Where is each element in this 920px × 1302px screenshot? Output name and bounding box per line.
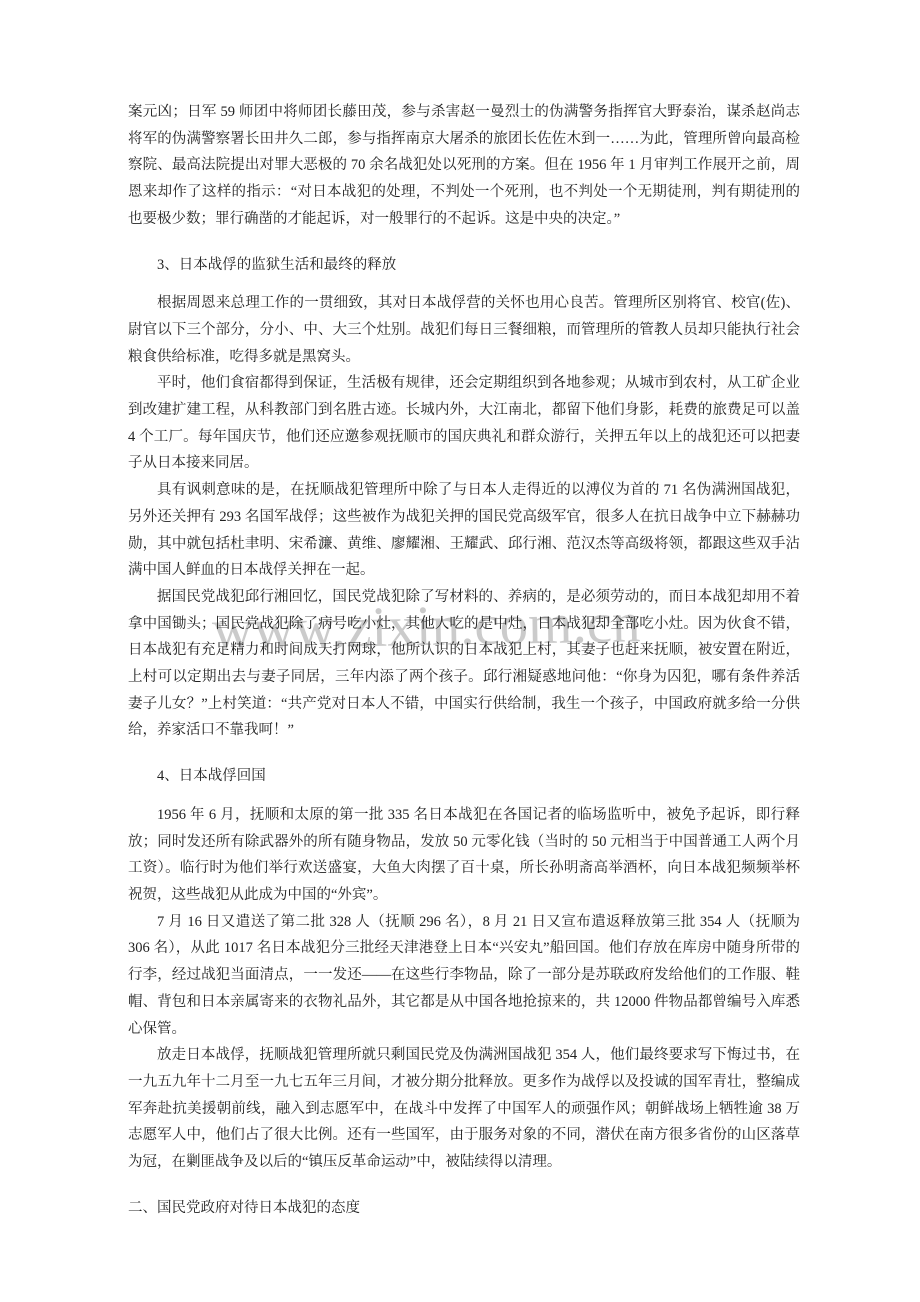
document-body: 案元凶；日军 59 师团中将师团长藤田茂，参与杀害赵一曼烈士的伪满警务指挥官大野… bbox=[128, 99, 800, 1233]
body-paragraph: 放走日本战俘，抚顺战犯管理所就只剩国民党及伪满洲国战犯 354 人，他们最终要求… bbox=[128, 1042, 800, 1176]
section-heading: 4、日本战俘回国 bbox=[128, 763, 800, 790]
body-paragraph: 案元凶；日军 59 师团中将师团长藤田茂，参与杀害赵一曼烈士的伪满警务指挥官大野… bbox=[128, 99, 800, 233]
body-paragraph: 7 月 16 日又遣送了第二批 328 人（抚顺 296 名），8 月 21 日… bbox=[128, 909, 800, 1043]
body-paragraph: 1956 年 6 月，抚顺和太原的第一批 335 名日本战犯在各国记者的临场监听… bbox=[128, 802, 800, 909]
body-paragraph: 平时，他们食宿都得到保证，生活极有规律，还会定期组织到各地参观；从城市到农村，从… bbox=[128, 370, 800, 477]
body-paragraph: 根据周恩来总理工作的一贯细致，其对日本战俘营的关怀也用心良苦。管理所区别将官、校… bbox=[128, 290, 800, 370]
document-page: { "page": { "width": 920, "height": 1302… bbox=[0, 0, 920, 1302]
section-heading: 二、国民党政府对待日本战犯的态度 bbox=[128, 1195, 800, 1222]
page-background: www.zixin.com.cn 案元凶；日军 59 师团中将师团长藤田茂，参与… bbox=[0, 0, 920, 1302]
section-heading: 3、日本战俘的监狱生活和最终的释放 bbox=[128, 252, 800, 279]
body-paragraph: 具有讽刺意味的是，在抚顺战犯管理所中除了与日本人走得近的以溥仪为首的 71 名伪… bbox=[128, 477, 800, 584]
body-paragraph: 据国民党战犯邱行湘回忆，国民党战犯除了写材料的、养病的，是必须劳动的，而日本战犯… bbox=[128, 584, 800, 744]
